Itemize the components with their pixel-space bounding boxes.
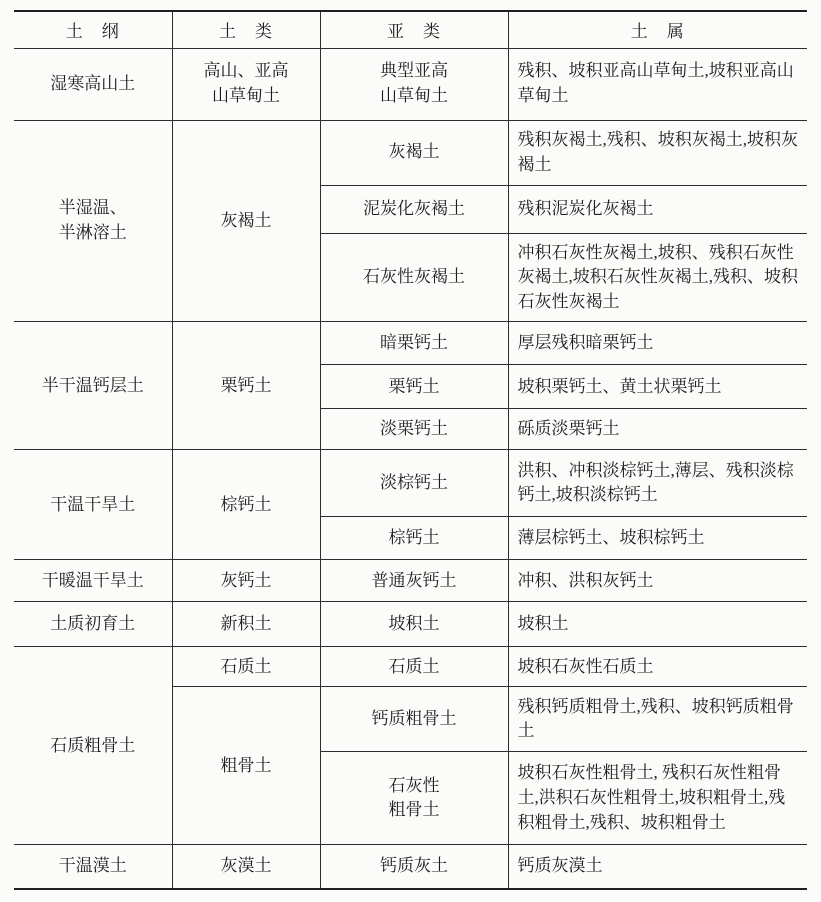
cell-soil-subclass: 典型亚高 山草甸土 — [320, 48, 508, 120]
cell-soil-class: 灰漠土 — [172, 845, 320, 888]
cell-soil-genus: 洪积、冲积淡棕钙土,薄层、残积淡棕钙土,坡积淡棕钙土 — [508, 450, 807, 517]
cell-soil-class: 灰褐土 — [172, 120, 320, 322]
cell-soil-class: 栗钙土 — [172, 322, 320, 450]
table-row: 干温干旱土 棕钙土 淡棕钙土 洪积、冲积淡棕钙土,薄层、残积淡棕钙土,坡积淡棕钙… — [14, 450, 807, 517]
cell-soil-class: 新积土 — [172, 602, 320, 647]
cell-soil-genus: 坡积石灰性石质土 — [508, 647, 807, 687]
cell-soil-genus: 残积泥炭化灰褐土 — [508, 185, 807, 233]
table-row: 湿寒高山土 高山、亚高 山草甸土 典型亚高 山草甸土 残积、坡积亚高山草甸土,坡… — [14, 48, 807, 120]
table-row: 土质初育土 新积土 坡积土 坡积土 — [14, 602, 807, 647]
header-row: 土 纲 土 类 亚 类 土 属 — [14, 12, 807, 48]
table-row: 干暖温干旱土 灰钙土 普通灰钙土 冲积、洪积灰钙土 — [14, 560, 807, 602]
cell-soil-subclass: 普通灰钙土 — [320, 560, 508, 602]
cell-soil-genus: 残积、坡积亚高山草甸土,坡积亚高山草甸土 — [508, 48, 807, 120]
cell-soil-subclass: 暗栗钙土 — [320, 322, 508, 365]
cell-soil-class: 石质土 — [172, 647, 320, 687]
cell-soil-subclass: 淡棕钙土 — [320, 450, 508, 517]
cell-soil-class: 棕钙土 — [172, 450, 320, 560]
cell-soil-order: 半干温钙层土 — [14, 322, 172, 450]
cell-soil-subclass: 石质土 — [320, 647, 508, 687]
cell-soil-order: 干温干旱土 — [14, 450, 172, 560]
cell-soil-order: 湿寒高山土 — [14, 48, 172, 120]
cell-soil-class: 粗骨土 — [172, 687, 320, 845]
cell-soil-order: 土质初育土 — [14, 602, 172, 647]
cell-soil-order: 石质粗骨土 — [14, 647, 172, 845]
page: 土 纲 土 类 亚 类 土 属 湿寒高山土 高山、亚高 山草甸土 典型亚高 山草… — [0, 0, 821, 902]
soil-classification-table: 土 纲 土 类 亚 类 土 属 湿寒高山土 高山、亚高 山草甸土 典型亚高 山草… — [14, 12, 807, 888]
col-header-soil-subclass: 亚 类 — [320, 12, 508, 48]
cell-soil-genus: 厚层残积暗栗钙土 — [508, 322, 807, 365]
table-row: 半湿温、 半淋溶土 灰褐土 灰褐土 残积灰褐土,残积、坡积灰褐土,坡积灰褐土 — [14, 120, 807, 185]
cell-soil-genus: 坡积栗钙土、黄土状栗钙土 — [508, 365, 807, 409]
col-header-soil-class: 土 类 — [172, 12, 320, 48]
cell-soil-genus: 冲积、洪积灰钙土 — [508, 560, 807, 602]
cell-soil-subclass: 石灰性灰褐土 — [320, 233, 508, 322]
soil-classification-table-frame: 土 纲 土 类 亚 类 土 属 湿寒高山土 高山、亚高 山草甸土 典型亚高 山草… — [14, 10, 807, 890]
cell-soil-genus: 坡积土 — [508, 602, 807, 647]
cell-soil-subclass: 淡栗钙土 — [320, 409, 508, 450]
cell-soil-subclass: 灰褐土 — [320, 120, 508, 185]
cell-soil-genus: 坡积石灰性粗骨土, 残积石灰性粗骨土,洪积石灰性粗骨土,坡积粗骨土,残积粗骨土,… — [508, 752, 807, 845]
cell-soil-genus: 砾质淡栗钙土 — [508, 409, 807, 450]
cell-soil-genus: 残积钙质粗骨土,残积、坡积钙质粗骨土 — [508, 687, 807, 752]
cell-soil-order: 半湿温、 半淋溶土 — [14, 120, 172, 322]
table-row: 干温漠土 灰漠土 钙质灰土 钙质灰漠土 — [14, 845, 807, 888]
cell-soil-class: 高山、亚高 山草甸土 — [172, 48, 320, 120]
table-row: 石质粗骨土 石质土 石质土 坡积石灰性石质土 — [14, 647, 807, 687]
cell-soil-genus: 残积灰褐土,残积、坡积灰褐土,坡积灰褐土 — [508, 120, 807, 185]
cell-soil-subclass: 泥炭化灰褐土 — [320, 185, 508, 233]
cell-soil-genus: 钙质灰漠土 — [508, 845, 807, 888]
cell-soil-order: 干温漠土 — [14, 845, 172, 888]
cell-soil-order: 干暖温干旱土 — [14, 560, 172, 602]
col-header-soil-order: 土 纲 — [14, 12, 172, 48]
cell-soil-subclass: 石灰性 粗骨土 — [320, 752, 508, 845]
cell-soil-subclass: 栗钙土 — [320, 365, 508, 409]
cell-soil-subclass: 棕钙土 — [320, 517, 508, 560]
table-row: 半干温钙层土 栗钙土 暗栗钙土 厚层残积暗栗钙土 — [14, 322, 807, 365]
cell-soil-genus: 薄层棕钙土、坡积棕钙土 — [508, 517, 807, 560]
cell-soil-genus: 冲积石灰性灰褐土,坡积、残积石灰性灰褐土,坡积石灰性灰褐土,残积、坡积石灰性灰褐… — [508, 233, 807, 322]
cell-soil-subclass: 钙质粗骨土 — [320, 687, 508, 752]
cell-soil-class: 灰钙土 — [172, 560, 320, 602]
cell-soil-subclass: 坡积土 — [320, 602, 508, 647]
cell-soil-subclass: 钙质灰土 — [320, 845, 508, 888]
col-header-soil-genus: 土 属 — [508, 12, 807, 48]
